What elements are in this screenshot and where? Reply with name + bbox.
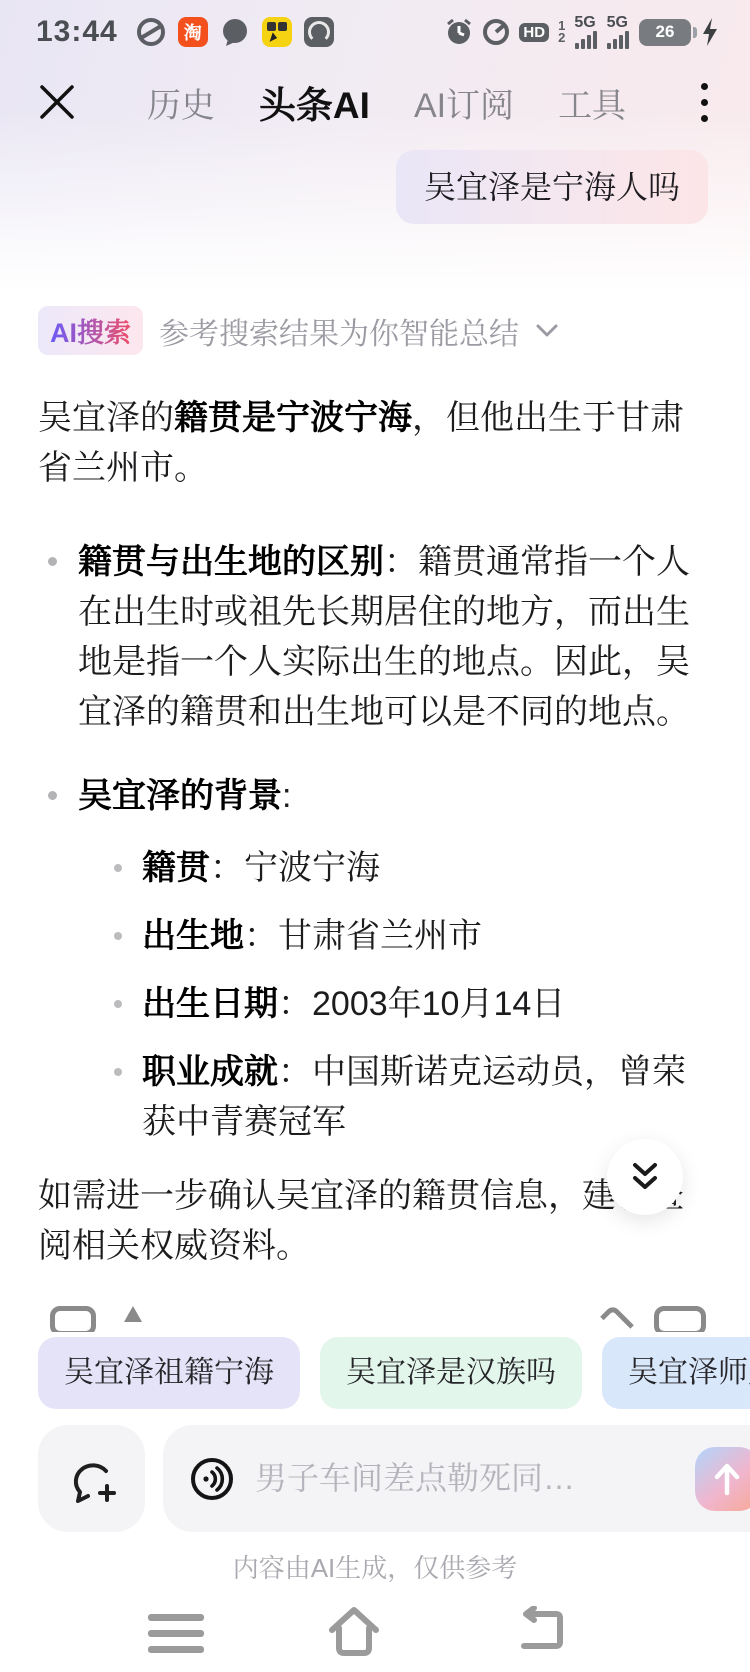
sim2-label: 2: [558, 32, 565, 44]
nav-tabs: 历史 头条AI AI订阅 工具: [147, 75, 626, 129]
charging-bolt-icon: [700, 17, 720, 47]
sub-item-value: 2003年10月14日: [312, 985, 565, 1023]
status-bar: 13:44 淘: [0, 0, 750, 56]
app-screen: 13:44 淘: [0, 0, 750, 1672]
signal-sim1: 5G: [574, 15, 597, 49]
taobao-app-icon: 淘: [178, 17, 208, 47]
close-icon[interactable]: [36, 81, 78, 123]
signal-sim2: 5G: [607, 15, 630, 49]
bullet-colon: :: [282, 777, 291, 815]
summary-note-text: 参考搜索结果为你智能总结: [159, 309, 519, 353]
sub-item-value: 甘肃省兰州市: [278, 917, 482, 955]
sub-item-label: 出生地: [142, 917, 244, 955]
ai-search-badge: AI搜索: [38, 306, 143, 355]
message-input[interactable]: [253, 1459, 677, 1498]
ai-search-meta: AI搜索 参考搜索结果为你智能总结: [38, 306, 559, 355]
input-bar: [38, 1425, 730, 1532]
copy-icon[interactable]: [50, 1306, 96, 1332]
more-menu-icon[interactable]: [695, 77, 714, 128]
chevron-down-icon[interactable]: [535, 323, 559, 339]
signal-bars-icon: [607, 31, 629, 49]
intro-text: 吴宜泽的: [38, 399, 174, 437]
double-chevron-down-icon: [625, 1157, 665, 1197]
battery-percent-text: 26: [656, 22, 675, 42]
sub-item-colon: ：: [210, 849, 244, 887]
home-icon[interactable]: [324, 1602, 384, 1660]
scroll-to-bottom-button[interactable]: [607, 1139, 683, 1215]
yellow-app-icon: [262, 17, 292, 47]
notification-icons: 淘: [136, 17, 334, 47]
like-icon[interactable]: [600, 1306, 634, 1332]
share-icon[interactable]: [124, 1306, 142, 1322]
suggestion-chips: 吴宜泽祖籍宁海 吴宜泽是汉族吗 吴宜泽师从: [38, 1337, 750, 1409]
answer-intro-paragraph: 吴宜泽的籍贯是宁波宁海，但他出生于甘肃省兰州市。: [38, 393, 712, 493]
voice-input-icon[interactable]: [189, 1456, 235, 1502]
back-icon[interactable]: [512, 1606, 568, 1656]
tab-tools[interactable]: 工具: [558, 78, 626, 127]
data-saver-icon: [482, 18, 510, 46]
tab-history[interactable]: 历史: [147, 78, 215, 127]
signal-bars-icon: [575, 31, 597, 49]
tab-ai-subscribe[interactable]: AI订阅: [414, 78, 514, 127]
sub-item-birthplace: 出生地：甘肃省兰州市: [38, 911, 712, 961]
system-navigation-bar: [0, 1596, 750, 1672]
dual-sim-indicator: 1 2: [558, 20, 565, 44]
bullet-item-background: 吴宜泽的背景:: [38, 771, 712, 821]
recent-apps-icon[interactable]: [148, 1614, 204, 1653]
sub-item-label: 籍贯: [142, 849, 210, 887]
battery-indicator: 26: [639, 19, 691, 46]
network-type-label: 5G: [574, 15, 595, 31]
suggestion-chip[interactable]: 吴宜泽师从: [602, 1337, 750, 1409]
sub-item-value: 宁波宁海: [244, 849, 380, 887]
chat-app-icon: [220, 17, 250, 47]
volte-hd-icon: HD: [519, 23, 549, 42]
sub-item-jiguan: 籍贯：宁波宁海: [38, 843, 712, 893]
system-status-icons: HD 1 2 5G 5G: [445, 15, 720, 49]
bullet-item-difference: 籍贯与出生地的区别：籍贯通常指一个人在出生时或祖先长期居住的地方，而出生地是指一…: [38, 537, 712, 737]
more-actions-icon[interactable]: [654, 1306, 706, 1332]
bullet-colon: ：: [384, 543, 418, 581]
ai-disclaimer-text: 内容由AI生成，仅供参考: [0, 1548, 750, 1585]
top-navbar: 历史 头条AI AI订阅 工具: [0, 56, 750, 148]
arrow-up-icon: [712, 1462, 742, 1496]
tab-toutiao-ai[interactable]: 头条AI: [259, 75, 370, 129]
browser-app-icon: [136, 17, 166, 47]
send-button[interactable]: [695, 1447, 750, 1511]
sub-item-career: 职业成就：中国斯诺克运动员，曾荣获中青赛冠军: [38, 1047, 712, 1147]
user-message-bubble: 吴宜泽是宁海人吗: [396, 150, 708, 224]
sub-item-label: 职业成就: [142, 1053, 278, 1091]
answer-actions-row-partial: [38, 1306, 750, 1332]
clock-text: 13:44: [36, 15, 118, 49]
alarm-icon: [445, 18, 473, 46]
intro-bold-text: 籍贯是宁波宁海: [174, 399, 412, 437]
sub-item-birthdate: 出生日期：2003年10月14日: [38, 979, 712, 1029]
new-chat-button[interactable]: [38, 1425, 145, 1532]
sub-item-colon: ：: [278, 1053, 312, 1091]
suggestion-chip[interactable]: 吴宜泽是汉族吗: [320, 1337, 582, 1409]
palm-app-icon: [304, 17, 334, 47]
bullet-title: 吴宜泽的背景: [78, 777, 282, 815]
message-input-field[interactable]: [163, 1425, 750, 1532]
suggestion-chip[interactable]: 吴宜泽祖籍宁海: [38, 1337, 300, 1409]
sub-item-colon: ：: [278, 985, 312, 1023]
bullet-title: 籍贯与出生地的区别: [78, 543, 384, 581]
new-chat-icon: [66, 1453, 118, 1505]
sub-item-colon: ：: [244, 917, 278, 955]
network-type-label: 5G: [607, 15, 628, 31]
sub-item-label: 出生日期: [142, 985, 278, 1023]
ai-search-badge-text: AI搜索: [50, 318, 131, 348]
